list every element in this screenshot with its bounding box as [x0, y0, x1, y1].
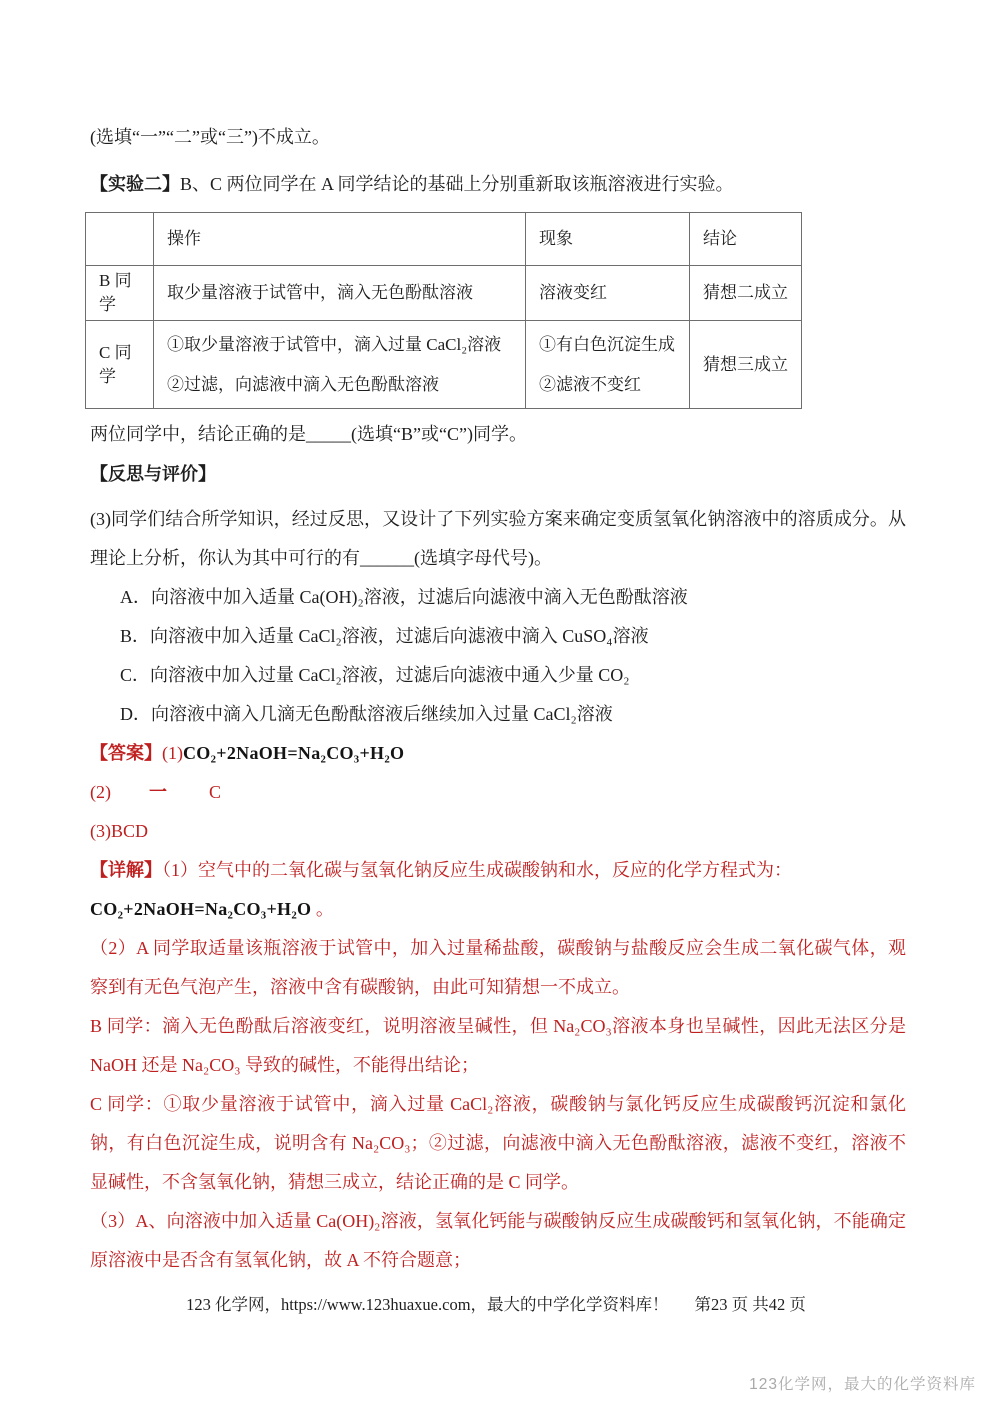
question3-paragraph: (3)同学们结合所学知识，经过反思，又设计了下列实验方案来确定变质氢氧化钠溶液中…	[90, 500, 906, 578]
page-footer: 123 化学网，https://www.123huaxue.com，最大的中学化…	[0, 1292, 992, 1318]
header-conclusion: 结论	[690, 213, 802, 266]
detail-para-2b: B 同学：滴入无色酚酞后溶液变红，说明溶液呈碱性，但 Na₂CO₃溶液本身也呈碱…	[90, 1007, 906, 1085]
page-content: (选填“一”“二”或“三”)不成立。 【实验二】B、C 两位同学在 A 同学结论…	[90, 118, 906, 1280]
phenomenon-cell: 溶液变红	[526, 266, 690, 321]
detail-intro: （1）空气中的二氧化碳与氢氧化钠反应生成碳酸钠和水，反应的化学方程式为：	[162, 860, 792, 880]
answer1-formula: CO₂+2NaOH=Na₂CO₃+H₂O	[183, 743, 404, 763]
answer1-line: 【答案】(1)CO₂+2NaOH=Na₂CO₃+H₂O	[90, 734, 906, 773]
exp2-text: B、C 两位同学在 A 同学结论的基础上分别重新取该瓶溶液进行实验。	[180, 174, 734, 194]
answer3-line: (3)BCD	[90, 812, 906, 851]
answer-label: 【答案】	[90, 743, 162, 763]
conclusion-cell: 猜想二成立	[690, 266, 802, 321]
answer2-blank-value: 一	[149, 782, 167, 802]
phenomenon-cell: ①有白色沉淀生成 ②滤液不变红	[526, 321, 690, 409]
header-student	[86, 213, 154, 266]
table-header-row: 操作 现象 结论	[86, 213, 802, 266]
phenomenon-item: 溶液变红	[539, 273, 676, 313]
exp2-heading: 【实验二】B、C 两位同学在 A 同学结论的基础上分别重新取该瓶溶液进行实验。	[90, 165, 906, 204]
detail-para-3: （3）A、向溶液中加入适量 Ca(OH)₂溶液，氢氧化钙能与碳酸钠反应生成碳酸钙…	[90, 1202, 906, 1280]
option-item: D．向溶液中滴入几滴无色酚酞溶液后继续加入过量 CaCl₂溶液	[90, 695, 906, 734]
student-cell: B 同学	[86, 266, 154, 321]
table-row: B 同学 取少量溶液于试管中，滴入无色酚酞溶液 溶液变红 猜想二成立	[86, 266, 802, 321]
header-phenomenon: 现象	[526, 213, 690, 266]
operation-cell: ①取少量溶液于试管中，滴入过量 CaCl₂溶液 ②过滤，向滤液中滴入无色酚酞溶液	[154, 321, 526, 409]
fill-note-line: (选填“一”“二”或“三”)不成立。	[90, 118, 906, 157]
conclusion-fill-line: 两位同学中，结论正确的是_____(选填“B”或“C”)同学。	[90, 415, 906, 454]
operation-step: ②过滤，向滤液中滴入无色酚酞溶液	[167, 365, 512, 405]
detail-formula: CO₂+2NaOH=Na₂CO₃+H₂O	[90, 899, 311, 919]
footer-site-info: 123 化学网，https://www.123huaxue.com，最大的中学化…	[186, 1295, 668, 1314]
detail-label: 【详解】	[90, 860, 162, 880]
answer1-prefix: (1)	[162, 743, 183, 763]
option-item: C．向溶液中加入过量 CaCl₂溶液，过滤后向滤液中通入少量 CO₂	[90, 656, 906, 695]
conclusion-cell: 猜想三成立	[690, 321, 802, 409]
watermark: 123化学网，最大的化学资料库	[749, 1372, 976, 1394]
answer-section: 【答案】(1)CO₂+2NaOH=Na₂CO₃+H₂O (2)一C (3)BCD	[90, 734, 906, 851]
detail-formula-line: CO₂+2NaOH=Na₂CO₃+H₂O 。	[90, 890, 906, 929]
detail-formula-period: 。	[311, 899, 334, 919]
phenomenon-item: ①有白色沉淀生成	[539, 325, 676, 365]
operation-cell: 取少量溶液于试管中，滴入无色酚酞溶液	[154, 266, 526, 321]
detail-section: 【详解】（1）空气中的二氧化碳与氢氧化钠反应生成碳酸钠和水，反应的化学方程式为：…	[90, 851, 906, 1280]
document-page: (选填“一”“二”或“三”)不成立。 【实验二】B、C 两位同学在 A 同学结论…	[0, 0, 992, 1403]
detail-intro-line: 【详解】（1）空气中的二氧化碳与氢氧化钠反应生成碳酸钠和水，反应的化学方程式为：	[90, 851, 906, 890]
answer2-choice: C	[209, 782, 221, 802]
detail-para-2a: （2）A 同学取适量该瓶溶液于试管中，加入过量稀盐酸，碳酸钠与盐酸反应会生成二氧…	[90, 929, 906, 1007]
answer2-line: (2)一C	[90, 773, 906, 812]
option-item: B．向溶液中加入适量 CaCl₂溶液，过滤后向滤液中滴入 CuSO₄溶液	[90, 617, 906, 656]
reflect-heading: 【反思与评价】	[90, 455, 906, 494]
answer2-prefix: (2)	[90, 782, 111, 802]
table-row: C 同学 ①取少量溶液于试管中，滴入过量 CaCl₂溶液 ②过滤，向滤液中滴入无…	[86, 321, 802, 409]
option-item: A．向溶液中加入适量 Ca(OH)₂溶液，过滤后向滤液中滴入无色酚酞溶液	[90, 578, 906, 617]
footer-page-number: 第23 页 共42 页	[695, 1295, 806, 1314]
phenomenon-item: ②滤液不变红	[539, 365, 676, 405]
exp2-label: 【实验二】	[90, 174, 180, 194]
operation-step: 取少量溶液于试管中，滴入无色酚酞溶液	[167, 273, 512, 313]
operation-step: ①取少量溶液于试管中，滴入过量 CaCl₂溶液	[167, 325, 512, 365]
detail-para-2c: C 同学：①取少量溶液于试管中，滴入过量 CaCl₂溶液，碳酸钠与氯化钙反应生成…	[90, 1085, 906, 1202]
student-cell: C 同学	[86, 321, 154, 409]
header-operation: 操作	[154, 213, 526, 266]
experiment-table: 操作 现象 结论 B 同学 取少量溶液于试管中，滴入无色酚酞溶液 溶液变红 猜想…	[85, 212, 802, 409]
